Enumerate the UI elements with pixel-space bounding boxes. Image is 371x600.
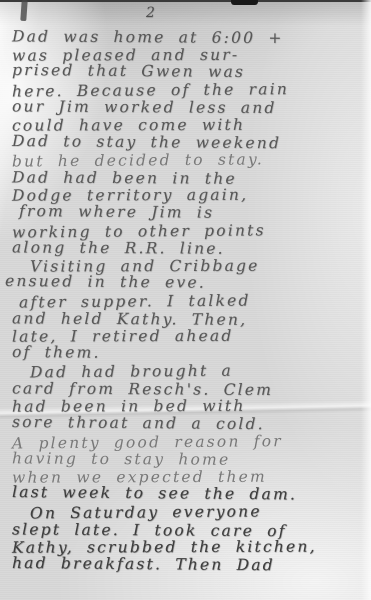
scanned-journal-page: 2 Dad was home at 6:00 + was pleased and… (0, 0, 371, 600)
page-number: 2 (146, 5, 156, 21)
handwritten-text-block: Dad was home at 6:00 + was pleased and s… (12, 29, 369, 574)
handwriting-line: prised that Gwen was (12, 62, 369, 83)
handwriting-line: from where Jim is (12, 203, 369, 224)
handwriting-line: ensued in the eve. (5, 273, 369, 294)
handwriting-line: had breakfast. Then Dad (12, 555, 369, 576)
handwriting-line: sore throat and a cold. (12, 414, 369, 435)
scan-edge-top (0, 0, 371, 2)
scan-edge-mark (231, 0, 258, 5)
